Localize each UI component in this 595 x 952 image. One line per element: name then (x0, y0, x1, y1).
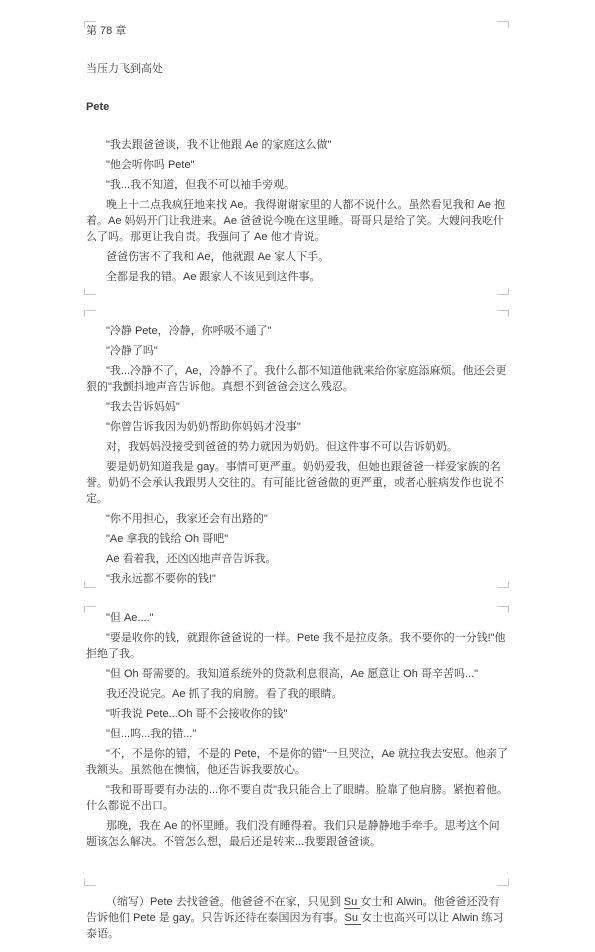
story-paragraph: "你不用担心，我家还会有出路的" (86, 511, 508, 527)
story-paragraph: "不，不是你的错，不是的 Pete，不是你的错"一旦哭泣，Ae 就拉我去安慰。他… (86, 746, 508, 778)
chapter-number-heading: 第 78 章 (86, 23, 453, 39)
pov-speaker-label: Pete (86, 99, 508, 115)
document-page: 第 78 章 当压力飞到高处 Pete "我去跟爸爸谈，我不让他跟 Ae 的家庭… (0, 0, 595, 952)
story-paragraph: "冷静了吗" (86, 343, 508, 359)
story-paragraph: 爸爸伤害不了我和 Ae，他就跟 Ae 家人下手。 (86, 249, 508, 265)
underlined-term: Su (344, 896, 361, 909)
story-paragraph: "要是收你的钱，就跟你爸爸说的一样。Pete 我不是拉皮条。我不要你的一分钱!"… (86, 630, 508, 662)
story-paragraph: "但...呜...我的错..." (86, 726, 508, 742)
story-paragraph: "我...冷静不了，Ae，冷静不了。我什么都不知道他就来给你家庭添麻烦。他还会更… (86, 363, 508, 395)
story-paragraph: "我去跟爸爸谈，我不让他跟 Ae 的家庭这么做" (86, 137, 508, 153)
story-paragraph: "我去告诉妈妈" (86, 399, 508, 415)
story-paragraph: "我和哥哥要有办法的...你不要自责"我只能合上了眼睛。脸靠了他肩膀。紧抱着他。… (86, 782, 508, 814)
story-paragraph: "听我说 Pete...Oh 哥不会接收你的钱" (86, 706, 508, 722)
chapter-title: 当压力飞到高处 (86, 61, 453, 77)
story-paragraph: 对，我妈妈没接受到爸爸的势力就因为奶奶。但这件事不可以告诉奶奶。 (86, 439, 508, 455)
story-paragraph: "冷静 Pete，冷静，你呼吸不通了" (86, 323, 508, 339)
story-paragraph: "我永远都不要你的钱!" (86, 571, 508, 587)
story-paragraph: "他会听你吗 Pete" (86, 157, 508, 173)
text-column: 第 78 章 当压力飞到高处 Pete "我去跟爸爸谈，我不让他跟 Ae 的家庭… (86, 0, 508, 946)
story-paragraph-summary: （缩写）Pete 去找爸爸。他爸爸不在家，只见到 Su 女士和 Alwin。他爸… (86, 894, 508, 942)
story-paragraph: "但 Oh 哥需要的。我知道系统外的贷款利息很高，Ae 愿意让 Oh 哥辛苦吗.… (86, 666, 508, 682)
story-paragraph: "你曾告诉我因为奶奶帮助你妈妈才没事" (86, 419, 508, 435)
story-paragraph: Ae 看着我，还凶凶地声音告诉我。 (86, 551, 508, 567)
story-paragraph: "Ae 拿我的钱给 Oh 哥吧" (86, 531, 508, 547)
story-paragraph: 我还没说完。Ae 抓了我的肩膀。看了我的眼睛。 (86, 686, 508, 702)
underlined-term: Su (345, 912, 362, 925)
story-paragraph: 那晚，我在 Ae 的怀里睡。我们没有睡得着。我们只是静静地手牵手。思考这个问题该… (86, 818, 508, 850)
text-segment: （缩写）Pete 去找爸爸。他爸爸不在家，只见到 (106, 896, 344, 908)
story-paragraph: 晚上十二点我疯狂地来找 Ae。我得谢谢家里的人都不说什么。虽然看见我和 Ae 抱… (86, 197, 508, 245)
story-paragraph: 全都是我的错。Ae 跟家人不该见到这件事。 (86, 269, 508, 285)
story-paragraph: "但 Ae...." (86, 610, 508, 626)
story-paragraph: "我...我不知道，但我不可以袖手旁观。 (86, 177, 508, 193)
story-paragraph: 要是奶奶知道我是 gay。事情可更严重。奶奶爱我，但她也跟爸爸一样爱家族的名誉。… (86, 459, 508, 507)
